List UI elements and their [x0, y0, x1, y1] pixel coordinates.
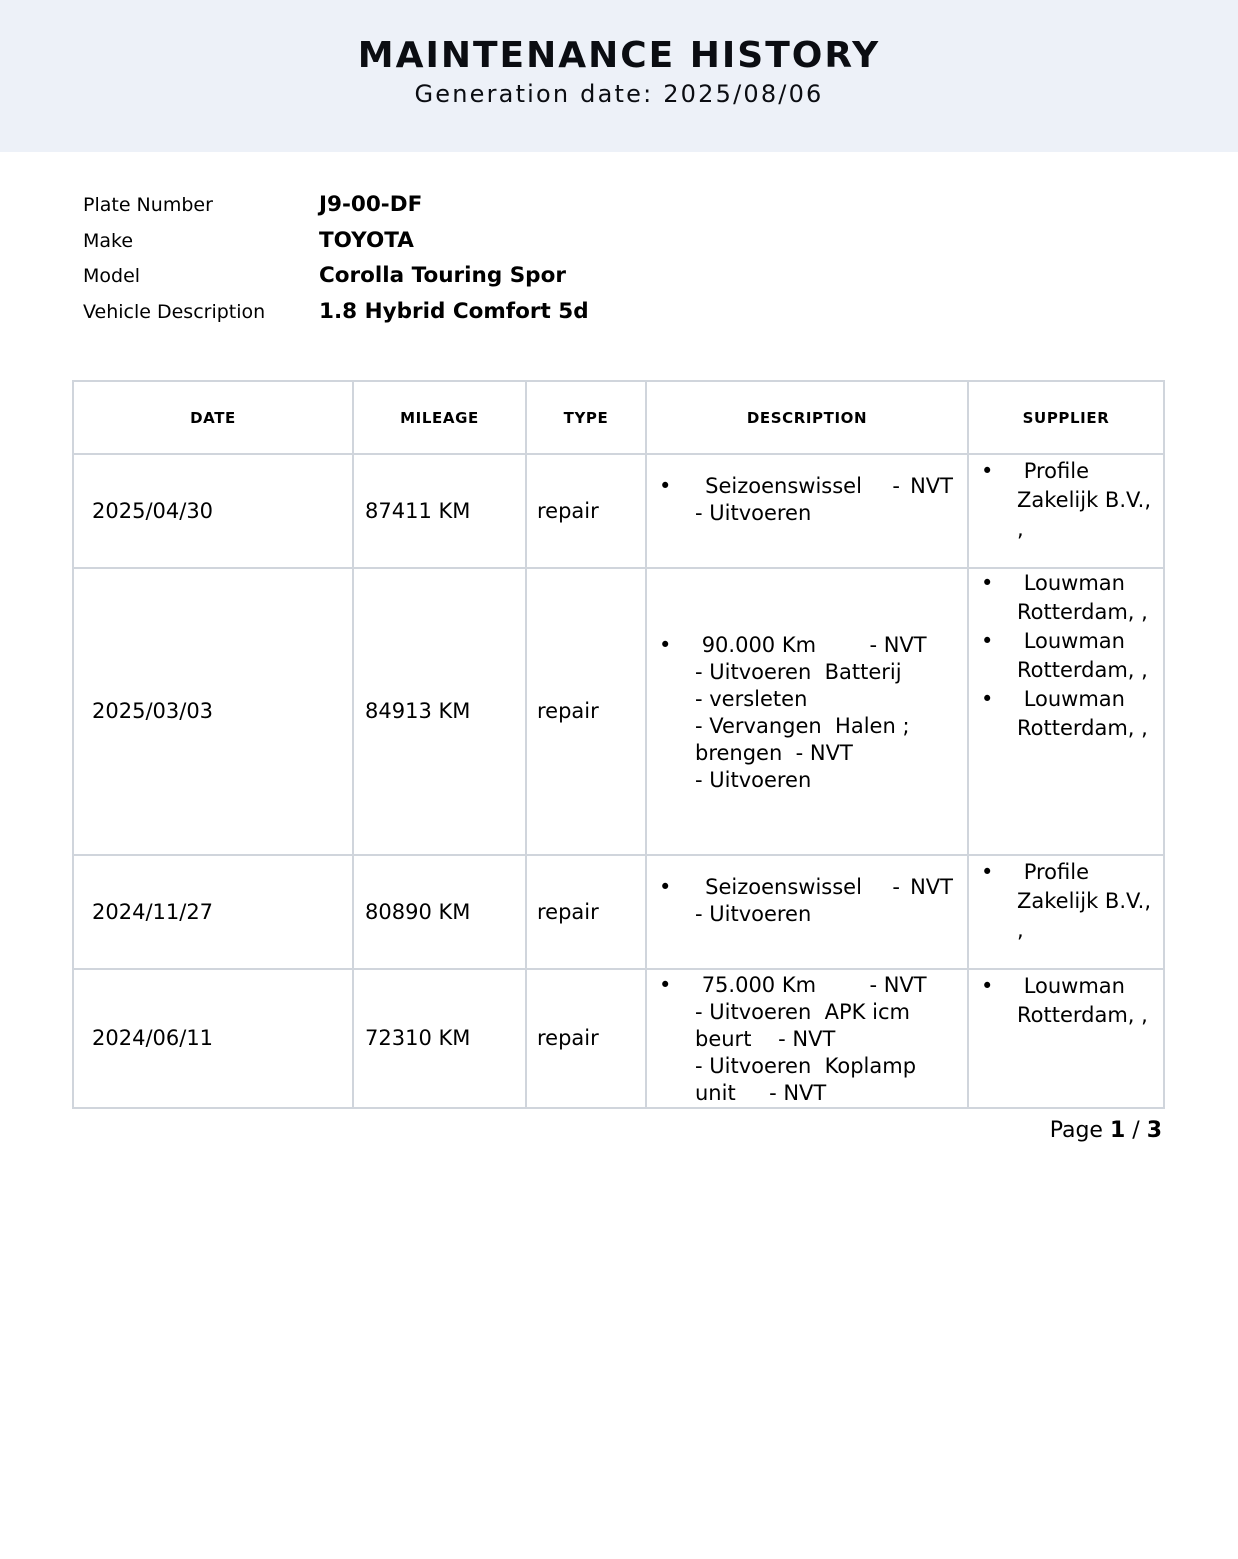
- current-page: 1: [1110, 1118, 1125, 1143]
- supplier-list: Profile Zakelijk B.V., ,: [969, 457, 1163, 544]
- generation-date: Generation date: 2025/08/06: [0, 80, 1238, 108]
- column-header-date: DATE: [73, 381, 353, 454]
- supplier-list: Louwman Rotterdam, ,: [969, 972, 1163, 1030]
- column-header-mileage: MILEAGE: [353, 381, 526, 454]
- table-row: 2025/03/03 84913 KM repair 90.000 Km - N…: [73, 568, 1164, 855]
- supplier-cell: Louwman Rotterdam, ,: [968, 969, 1164, 1108]
- mileage-cell: 72310 KM: [353, 969, 526, 1108]
- page-separator: /: [1132, 1118, 1139, 1143]
- make-label: Make: [83, 230, 133, 252]
- mileage-cell: 87411 KM: [353, 454, 526, 568]
- column-header-type: TYPE: [526, 381, 646, 454]
- supplier-item: Louwman Rotterdam, ,: [969, 569, 1163, 627]
- supplier-item: Louwman Rotterdam, ,: [969, 627, 1163, 685]
- description-cell: 90.000 Km - NVT - Uitvoeren Batterij - v…: [646, 568, 968, 855]
- description-list: Seizoenswissel - NVT - Uitvoeren: [647, 473, 967, 527]
- date-cell: 2025/03/03: [73, 568, 353, 855]
- supplier-list: Louwman Rotterdam, , Louwman Rotterdam, …: [969, 569, 1163, 743]
- supplier-item: Profile Zakelijk B.V., ,: [969, 457, 1163, 544]
- supplier-item: Profile Zakelijk B.V., ,: [969, 858, 1163, 945]
- mileage-cell: 80890 KM: [353, 855, 526, 969]
- vehicle-description-value: 1.8 Hybrid Comfort 5d: [319, 299, 589, 324]
- description-list: 75.000 Km - NVT - Uitvoeren APK icm beur…: [647, 972, 967, 1107]
- make-value: TOYOTA: [319, 228, 414, 253]
- table-header-row: DATE MILEAGE TYPE DESCRIPTION SUPPLIER: [73, 381, 1164, 454]
- model-label: Model: [83, 265, 140, 287]
- total-pages: 3: [1147, 1118, 1162, 1143]
- report-title: MAINTENANCE HISTORY: [0, 35, 1238, 76]
- description-cell: 75.000 Km - NVT - Uitvoeren APK icm beur…: [646, 969, 968, 1108]
- maintenance-table: DATE MILEAGE TYPE DESCRIPTION SUPPLIER 2…: [72, 380, 1165, 1109]
- supplier-cell: Louwman Rotterdam, , Louwman Rotterdam, …: [968, 568, 1164, 855]
- mileage-cell: 84913 KM: [353, 568, 526, 855]
- supplier-item: Louwman Rotterdam, ,: [969, 972, 1163, 1030]
- report-header: MAINTENANCE HISTORY Generation date: 202…: [0, 0, 1238, 152]
- type-cell: repair: [526, 454, 646, 568]
- description-item: Seizoenswissel - NVT - Uitvoeren: [647, 473, 967, 527]
- supplier-cell: Profile Zakelijk B.V., ,: [968, 855, 1164, 969]
- plate-number-value: J9-00-DF: [319, 192, 422, 217]
- column-header-supplier: SUPPLIER: [968, 381, 1164, 454]
- vehicle-description-label: Vehicle Description: [83, 301, 265, 323]
- type-cell: repair: [526, 568, 646, 855]
- page-prefix: Page: [1050, 1118, 1103, 1143]
- supplier-item: Louwman Rotterdam, ,: [969, 685, 1163, 743]
- description-cell: Seizoenswissel - NVT - Uitvoeren: [646, 454, 968, 568]
- type-cell: repair: [526, 969, 646, 1108]
- description-list: Seizoenswissel - NVT - Uitvoeren: [647, 874, 967, 928]
- description-item: Seizoenswissel - NVT - Uitvoeren: [647, 874, 967, 928]
- description-item: 90.000 Km - NVT - Uitvoeren Batterij - v…: [647, 632, 967, 794]
- column-header-description: DESCRIPTION: [646, 381, 968, 454]
- description-list: 90.000 Km - NVT - Uitvoeren Batterij - v…: [647, 632, 967, 794]
- date-cell: 2025/04/30: [73, 454, 353, 568]
- date-cell: 2024/06/11: [73, 969, 353, 1108]
- plate-number-label: Plate Number: [83, 194, 213, 216]
- description-item: 75.000 Km - NVT - Uitvoeren APK icm beur…: [647, 972, 967, 1107]
- table-row: 2024/11/27 80890 KM repair Seizoenswisse…: [73, 855, 1164, 969]
- supplier-cell: Profile Zakelijk B.V., ,: [968, 454, 1164, 568]
- description-cell: Seizoenswissel - NVT - Uitvoeren: [646, 855, 968, 969]
- supplier-list: Profile Zakelijk B.V., ,: [969, 858, 1163, 945]
- type-cell: repair: [526, 855, 646, 969]
- date-cell: 2024/11/27: [73, 855, 353, 969]
- table-row: 2025/04/30 87411 KM repair Seizoenswisse…: [73, 454, 1164, 568]
- model-value: Corolla Touring Spor: [319, 263, 566, 288]
- page-indicator: Page 1 / 3: [1050, 1118, 1162, 1143]
- table-row: 2024/06/11 72310 KM repair 75.000 Km - N…: [73, 969, 1164, 1108]
